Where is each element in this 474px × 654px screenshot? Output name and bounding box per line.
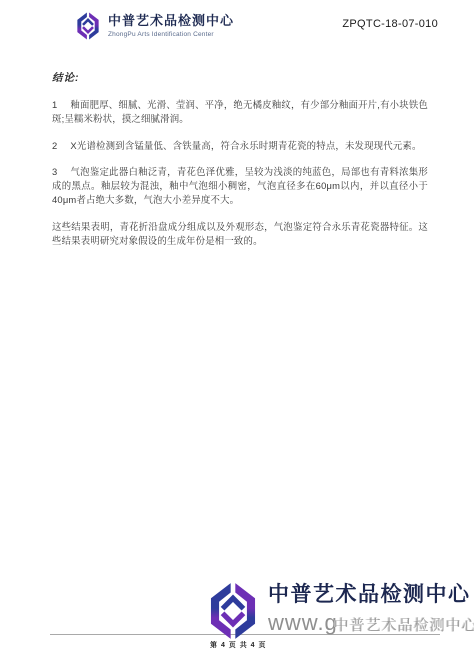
zhongpu-logo-icon [74,12,102,40]
conclusion-heading: 结论: [52,70,428,85]
report-page: 中普艺术品检测中心 ZhongPu Arts Identification Ce… [0,0,474,654]
paragraph-number: 2 [52,140,57,151]
header-brand-text: 中普艺术品检测中心 ZhongPu Arts Identification Ce… [108,14,234,37]
footer-watermark: 中普艺术品检测中心 [334,617,474,634]
document-number: ZPQTC-18-07-010 [342,18,438,30]
paragraph-number: 1 [52,99,57,110]
conclusion-paragraph-3: 3气泡鉴定此器白釉泛青，青花色泽优雅，呈较为浅淡的纯蓝色，局部也有青料浓集形成的… [52,165,428,206]
report-body: 结论: 1釉面肥厚、细腻、光滑、莹润、平净，绝无橘皮釉纹，有少部分釉面开片,有小… [52,70,428,260]
paragraph-text: 气泡鉴定此器白釉泛青，青花色泽优雅，呈较为浅淡的纯蓝色，局部也有青料浓集形成的黑… [52,166,428,205]
conclusion-paragraph-1: 1釉面肥厚、细腻、光滑、莹润、平净，绝无橘皮釉纹，有少部分釉面开片,有小块铁色斑… [52,98,428,126]
footer-brand-title: 中普艺术品检测中心 [268,582,474,608]
footer-url: www.g [268,610,338,635]
paragraph-text: 釉面肥厚、细腻、光滑、莹润、平净，绝无橘皮釉纹，有少部分釉面开片,有小块铁色斑;… [52,99,428,124]
conclusion-paragraph-2: 2X光谱检测到含锰量低、含铁量高，符合永乐时期青花瓷的特点，未发现现代元素。 [52,139,428,153]
closing-statement: 这些结果表明，青花折沿盘成分组成以及外观形态，气泡鉴定符合永乐青花瓷器特征。这些… [52,220,428,248]
footer-brand-text: 中普艺术品检测中心 www.g中普艺术品检测中心 [268,582,474,639]
header-brand-subtitle: ZhongPu Arts Identification Center [108,31,234,38]
page-indicator: 第 4 页 共 4 页 [210,640,267,650]
zhongpu-logo-icon [204,582,262,640]
paragraph-text: X光谱检测到含锰量低、含铁量高，符合永乐时期青花瓷的特点，未发现现代元素。 [70,140,421,151]
header-brand-title: 中普艺术品检测中心 [108,14,234,28]
footer-url-row: www.g中普艺术品检测中心 [268,610,474,639]
header-brand: 中普艺术品检测中心 ZhongPu Arts Identification Ce… [74,12,234,40]
footer-brand: 中普艺术品检测中心 www.g中普艺术品检测中心 [204,582,474,640]
paragraph-number: 3 [52,166,57,177]
